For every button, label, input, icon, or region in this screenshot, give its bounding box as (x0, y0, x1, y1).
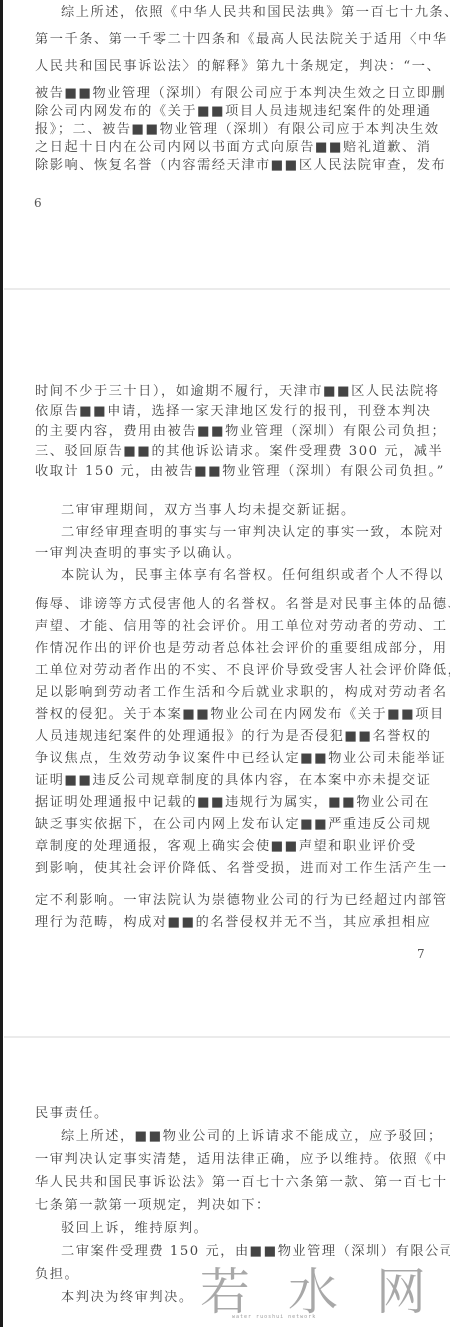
text-line: 誉权的侵犯。关于本案■■物业公司在内网发布《关于■■项目 (35, 707, 423, 723)
text-line: 收取计 150 元，由被告■■物业管理（深圳）有限公司负担。” (35, 464, 423, 480)
text-line: 时间不少于三十日），如逾期不履行，天津市■■区人民法院将 (35, 384, 423, 400)
page-break (4, 288, 450, 290)
text-line: 七条第一款第一项规定，判决如下： (35, 1198, 423, 1214)
text-line: 依原告■■申请，选择一家天津地区发行的报刊，刊登本判决 (35, 404, 423, 420)
text-line: 人民共和国民事诉讼法〉的解释》第九十条规定，判决：“一、 (35, 59, 423, 75)
text-line: 华人民共和国民事诉讼法》第一百七十六条第一款、第一百七十 (35, 1175, 423, 1191)
text-line: 驳回上诉，维持原判。 (61, 1221, 423, 1237)
left-edge-border (0, 0, 3, 1327)
text-line: 工单位对劳动者作出的不实、不良评价导致受害人社会评价降低， (35, 663, 423, 679)
text-line: 理行为范畴，构成对■■的名誉侵权并无不当，其应承担相应 (35, 915, 423, 931)
text-line: 第一千条、第一千零二十四条和《最高人民法院关于适用〈中华 (35, 32, 423, 48)
page-break (4, 1036, 450, 1038)
page-number: 6 (34, 196, 42, 210)
text-line: 缺乏事实依据下，在公司内网上发布认定■■严重违反公司规 (35, 817, 423, 833)
text-line: 争议焦点，生效劳动争议案件中已经认定■■物业公司未能举证 (35, 751, 423, 767)
text-line: 二审审理期间，双方当事人均未提交新证据。 (61, 503, 423, 519)
text-line: 除影响、恢复名誉（内容需经天津市■■区人民法院审查，发布 (35, 158, 423, 174)
text-line: 章制度的处理通报，客观上确实会使■■声望和职业评价受 (35, 839, 423, 855)
text-line: 三、驳回原告■■的其他诉讼请求。案件受理费 300 元，减半 (35, 444, 423, 460)
text-line: 声望、才能、信用等的社会评价。用工单位对劳动者的劳动、工 (35, 619, 423, 635)
text-line: 定不利影响。一审法院认为崇德物业公司的行为已经超过内部管 (35, 893, 423, 909)
text-line: 侮辱、诽谤等方式侵害他人的名誉权。名誉是对民事主体的品德、 (35, 597, 423, 613)
text-line: 二审经审理查明的事实与一审判决认定的事实一致，本院对 (61, 525, 423, 541)
text-line: 据证明处理通报中记载的■■违规行为属实，■■物业公司在 (35, 795, 423, 811)
text-line: 之日起十日内在公司内网以书面方式向原告■■赔礼道歉、消 (35, 140, 423, 156)
text-line: 一审判决查明的事实予以确认。 (35, 546, 423, 562)
text-line: 人员违规违纪案件的处理通报》的行为是否侵犯■■名誉权的 (35, 729, 423, 745)
watermark-subtext: water ruoshui network (232, 1314, 316, 1320)
text-line: 足以影响到劳动者工作生活和今后就业求职的，构成对劳动者名 (35, 685, 423, 701)
text-line: 证明■■违反公司规章制度的具体内容，在本案中亦未提交证 (35, 773, 423, 789)
text-line: 被告■■物业管理（深圳）有限公司应于本判决生效之日立即删 (35, 86, 423, 102)
text-line: 作情况作出的评价也是劳动者总体社会评价的重要组成部分，用 (35, 641, 423, 657)
text-line: 报》；二、被告■■物业管理（深圳）有限公司应于本判决生效 (35, 122, 423, 138)
text-line: 综上所述，依照《中华人民共和国民法典》第一百七十九条、 (61, 5, 423, 21)
text-line: 除公司内网发布的《关于■■项目人员违规违纪案件的处理通 (35, 104, 423, 120)
page-number: 7 (417, 947, 425, 961)
text-line: 民事责任。 (35, 1106, 423, 1122)
text-line: 的主要内容，费用由被告■■物业管理（深圳）有限公司负担； (35, 424, 423, 440)
text-line: 本院认为，民事主体享有名誉权。任何组织或者个人不得以 (61, 568, 423, 584)
text-line: 到影响，使其社会评价降低、名誉受损，进而对工作生活产生一 (35, 861, 423, 877)
text-line: 综上所述，■■物业公司的上诉请求不能成立，应予驳回； (61, 1129, 423, 1145)
text-line: 一审判决认定事实清楚，适用法律正确，应予以维持。依照《中 (35, 1152, 423, 1168)
